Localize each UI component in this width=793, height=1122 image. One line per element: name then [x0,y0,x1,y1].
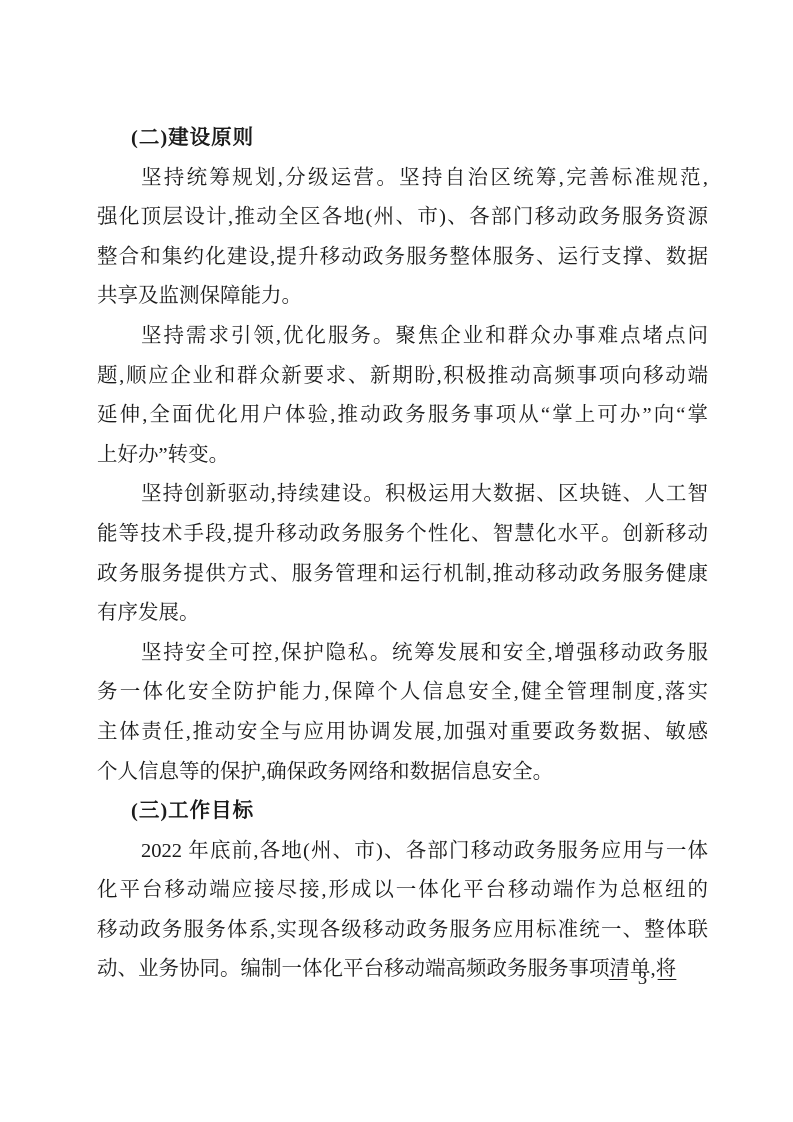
paragraph-line: 共享及监测保障能力。 [97,277,708,317]
paragraph-line: 化平台移动端应接尽接,形成以一体化平台移动端作为总枢纽的 [97,871,708,911]
paragraph-line: 能等技术手段,提升移动政务服务个性化、智慧化水平。创新移动 [97,515,708,555]
paragraph-line: 政务服务提供方式、服务管理和运行机制,推动移动政务服务健康 [97,555,708,595]
paragraph-line: 强化顶层设计,推动全区各地(州、市)、各部门移动政务服务资源 [97,198,708,238]
paragraph-line: 坚持统筹规划,分级运营。坚持自治区统筹,完善标准规范, [97,159,708,199]
paragraph-line: 坚持安全可控,保护隐私。统筹发展和安全,增强移动政务服 [97,634,708,674]
paragraph-line: 有序发展。 [97,594,708,634]
paragraph-line: 上好办”转变。 [97,436,708,476]
page-number: — 3 — [588,969,700,990]
paragraph-line: 整合和集约化建设,提升移动政务服务整体服务、运行支撑、数据 [97,238,708,278]
paragraph-line: 延伸,全面优化用户体验,推动政务服务事项从“掌上可办”向“掌 [97,396,708,436]
paragraph-line: 主体责任,推动安全与应用协调发展,加强对重要政务数据、敏感 [97,713,708,753]
paragraph-line: 题,顺应企业和群众新要求、新期盼,积极推动高频事项向移动端 [97,357,708,397]
paragraph-line: 坚持创新驱动,持续建设。积极运用大数据、区块链、人工智 [97,475,708,515]
document-body: (二)建设原则坚持统筹规划,分级运营。坚持自治区统筹,完善标准规范,强化顶层设计… [97,119,708,990]
paragraph-line: 个人信息等的保护,确保政务网络和数据信息安全。 [97,753,708,793]
section-heading: (二)建设原则 [97,119,708,159]
paragraph-line: 2022 年底前,各地(州、市)、各部门移动政务服务应用与一体 [97,832,708,872]
paragraph-line: 务一体化安全防护能力,保障个人信息安全,健全管理制度,落实 [97,673,708,713]
section-heading: (三)工作目标 [97,792,708,832]
paragraph-line: 移动政务服务体系,实现各级移动政务服务应用标准统一、整体联 [97,911,708,951]
paragraph-line: 坚持需求引领,优化服务。聚焦企业和群众办事难点堵点问 [97,317,708,357]
document-page: (二)建设原则坚持统筹规划,分级运营。坚持自治区统筹,完善标准规范,强化顶层设计… [0,0,793,1122]
